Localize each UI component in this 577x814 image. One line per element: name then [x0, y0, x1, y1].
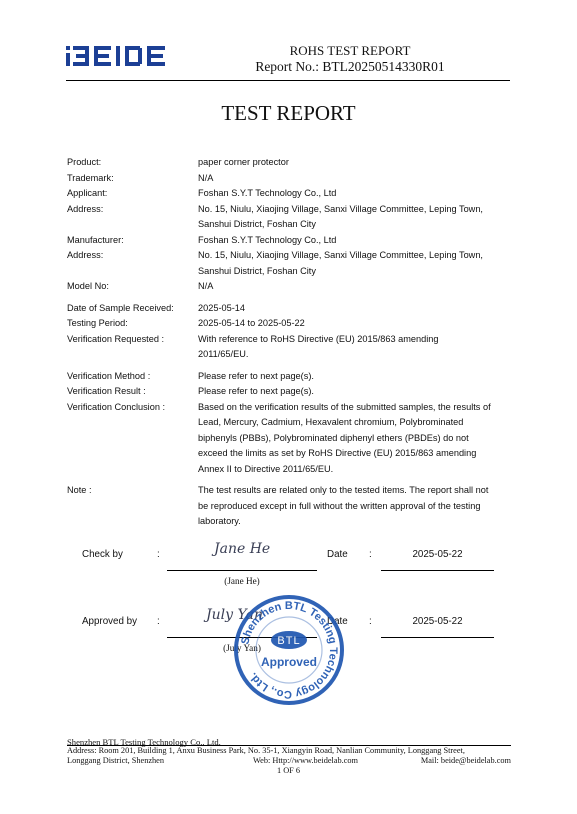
field-value-line: 2011/65/EU. — [198, 347, 516, 363]
field-row: Manufacturer:Foshan S.Y.T Technology Co.… — [67, 233, 517, 249]
field-row: Address:No. 15, Niulu, Xiaojing Village,… — [67, 248, 517, 279]
page-title: TEST REPORT — [0, 101, 577, 126]
field-value: The test results are related only to the… — [198, 483, 516, 530]
footer-mail-link[interactable]: Mail: beide@beidelab.com — [421, 756, 511, 765]
footer-web-link[interactable]: Web: Http://www.beidelab.com — [253, 756, 358, 765]
field-value-line: Annex II to Directive 2011/65/EU. — [198, 462, 516, 478]
field-label: Model No: — [67, 279, 198, 295]
check-signature: Jane He — [214, 541, 270, 557]
field-label: Date of Sample Received: — [67, 301, 198, 317]
field-value: Foshan S.Y.T Technology Co., Ltd — [198, 186, 516, 202]
report-fields: Product:paper corner protectorTrademark:… — [67, 155, 517, 530]
check-date-label: Date — [327, 549, 348, 560]
field-value-line: biphenyls (PBBs), Polybrominated dipheny… — [198, 431, 516, 447]
field-value-line: Lead, Mercury, Cadmium, Hexavalent chrom… — [198, 415, 516, 431]
field-value: paper corner protector — [198, 155, 516, 171]
field-value-line: exceed the limits as set by RoHS Directi… — [198, 446, 516, 462]
field-row: Applicant:Foshan S.Y.T Technology Co., L… — [67, 186, 517, 202]
beide-logo — [66, 46, 172, 66]
field-value-line: paper corner protector — [198, 155, 516, 171]
footer-district: Longgang District, Shenzhen — [67, 756, 164, 765]
field-value-line: N/A — [198, 171, 516, 187]
field-value: Based on the verification results of the… — [198, 400, 516, 478]
field-value-line: Sanshui District, Foshan City — [198, 264, 516, 280]
field-row: Product:paper corner protector — [67, 155, 517, 171]
page-number: 1 OF 6 — [0, 766, 577, 775]
field-value-line: No. 15, Niulu, Xiaojing Village, Sanxi V… — [198, 248, 516, 264]
field-label: Note : — [67, 483, 198, 530]
field-value-line: Based on the verification results of the… — [198, 400, 516, 416]
field-value: N/A — [198, 171, 516, 187]
footer-address: Address: Room 201, Building 1, Anxu Busi… — [67, 746, 465, 755]
field-label: Verification Conclusion : — [67, 400, 198, 478]
field-label: Manufacturer: — [67, 233, 198, 249]
field-row: Verification Method :Please refer to nex… — [67, 369, 517, 385]
field-row: Trademark:N/A — [67, 171, 517, 187]
field-row: Verification Requested :With reference t… — [67, 332, 517, 363]
field-row: Model No:N/A — [67, 279, 517, 295]
field-row: Address:No. 15, Niulu, Xiaojing Village,… — [67, 202, 517, 233]
field-row: Verification Result :Please refer to nex… — [67, 384, 517, 400]
approve-date-line — [381, 637, 494, 638]
field-row: Verification Conclusion :Based on the ve… — [67, 400, 517, 478]
approve-date-colon: : — [369, 616, 372, 627]
field-label: Verification Method : — [67, 369, 198, 385]
field-value: 2025-05-14 to 2025-05-22 — [198, 316, 516, 332]
svg-text:Shenzhen BTL Testing Technolog: Shenzhen BTL Testing Technology Co., Ltd… — [239, 600, 339, 700]
field-row: Testing Period:2025-05-14 to 2025-05-22 — [67, 316, 517, 332]
check-by-label: Check by — [82, 549, 123, 560]
field-value-line: Please refer to next page(s). — [198, 369, 516, 385]
check-signature-line — [167, 570, 317, 571]
field-value-line: 2025-05-14 to 2025-05-22 — [198, 316, 516, 332]
field-value: Please refer to next page(s). — [198, 384, 516, 400]
svg-text:Approved: Approved — [261, 655, 317, 669]
approved-by-colon: : — [157, 616, 160, 627]
report-type: ROHS TEST REPORT — [200, 43, 500, 59]
approval-stamp-icon: Shenzhen BTL Testing Technology Co., Ltd… — [233, 594, 345, 706]
field-value-line: Foshan S.Y.T Technology Co., Ltd — [198, 233, 516, 249]
field-value-line: be reproduced except in full without the… — [198, 499, 516, 515]
field-value: No. 15, Niulu, Xiaojing Village, Sanxi V… — [198, 202, 516, 233]
field-row: Note :The test results are related only … — [67, 483, 517, 530]
field-label: Testing Period: — [67, 316, 198, 332]
field-value: N/A — [198, 279, 516, 295]
report-number: Report No.: BTL20250514330R01 — [200, 59, 500, 75]
approve-date: 2025-05-22 — [381, 616, 494, 627]
field-value-line: Please refer to next page(s). — [198, 384, 516, 400]
field-label: Verification Requested : — [67, 332, 198, 363]
field-label: Applicant: — [67, 186, 198, 202]
field-value-line: N/A — [198, 279, 516, 295]
check-date-line — [381, 570, 494, 571]
field-value: 2025-05-14 — [198, 301, 516, 317]
field-value-line: With reference to RoHS Directive (EU) 20… — [198, 332, 516, 348]
field-value-line: laboratory. — [198, 514, 516, 530]
check-date: 2025-05-22 — [381, 549, 494, 560]
field-label: Address: — [67, 248, 198, 279]
field-label: Trademark: — [67, 171, 198, 187]
field-value-line: 2025-05-14 — [198, 301, 516, 317]
field-row: Date of Sample Received:2025-05-14 — [67, 301, 517, 317]
field-value-line: Foshan S.Y.T Technology Co., Ltd — [198, 186, 516, 202]
check-by-colon: : — [157, 549, 160, 560]
header-divider — [66, 80, 510, 81]
svg-text:BTL: BTL — [277, 635, 300, 647]
field-value-line: No. 15, Niulu, Xiaojing Village, Sanxi V… — [198, 202, 516, 218]
field-value: Please refer to next page(s). — [198, 369, 516, 385]
field-value: With reference to RoHS Directive (EU) 20… — [198, 332, 516, 363]
field-value: No. 15, Niulu, Xiaojing Village, Sanxi V… — [198, 248, 516, 279]
field-value-line: The test results are related only to the… — [198, 483, 516, 499]
field-value: Foshan S.Y.T Technology Co., Ltd — [198, 233, 516, 249]
approved-by-label: Approved by — [82, 616, 137, 627]
field-label: Verification Result : — [67, 384, 198, 400]
field-label: Product: — [67, 155, 198, 171]
field-value-line: Sanshui District, Foshan City — [198, 217, 516, 233]
field-label: Address: — [67, 202, 198, 233]
check-by-name: (Jane He) — [167, 576, 317, 586]
check-date-colon: : — [369, 549, 372, 560]
